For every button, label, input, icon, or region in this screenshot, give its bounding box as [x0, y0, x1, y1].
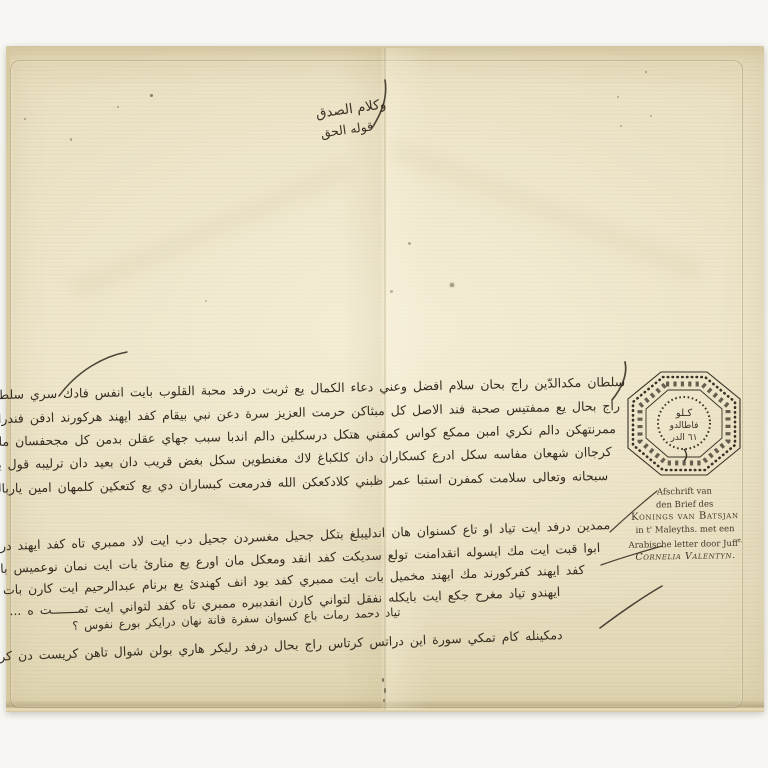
ink-showthrough	[383, 699, 385, 702]
foxing-spot	[117, 106, 119, 108]
printed-caption: Afschrift van den Brief des Konings van …	[611, 485, 758, 565]
scanned-document: وكلام الصدق قوله الحق سلطان مكدالدّين را…	[0, 0, 768, 768]
foxing-spot	[408, 242, 411, 245]
foxing-spot	[150, 94, 153, 97]
ink-showthrough	[384, 688, 386, 693]
caption-line-5: Arabische letter door Juffr.	[612, 535, 758, 553]
ink-showthrough	[382, 678, 384, 682]
caption-line-3: Konings van Batsjan	[612, 510, 758, 525]
caption-line-5-text: Arabische letter door Juff	[628, 539, 738, 551]
foxing-spot	[70, 138, 72, 141]
foxing-spot	[390, 290, 393, 293]
caption-line-6: Cornelia Valentyn.	[612, 550, 758, 565]
caption-line-5-superscript: r.	[738, 537, 742, 544]
foxing-spot	[617, 96, 619, 98]
foxing-spot	[24, 118, 26, 120]
foxing-spot	[450, 283, 454, 287]
foxing-spot	[205, 300, 207, 302]
foxing-spot	[645, 71, 647, 73]
foxing-spot	[650, 115, 652, 117]
foxing-spot	[620, 125, 622, 127]
